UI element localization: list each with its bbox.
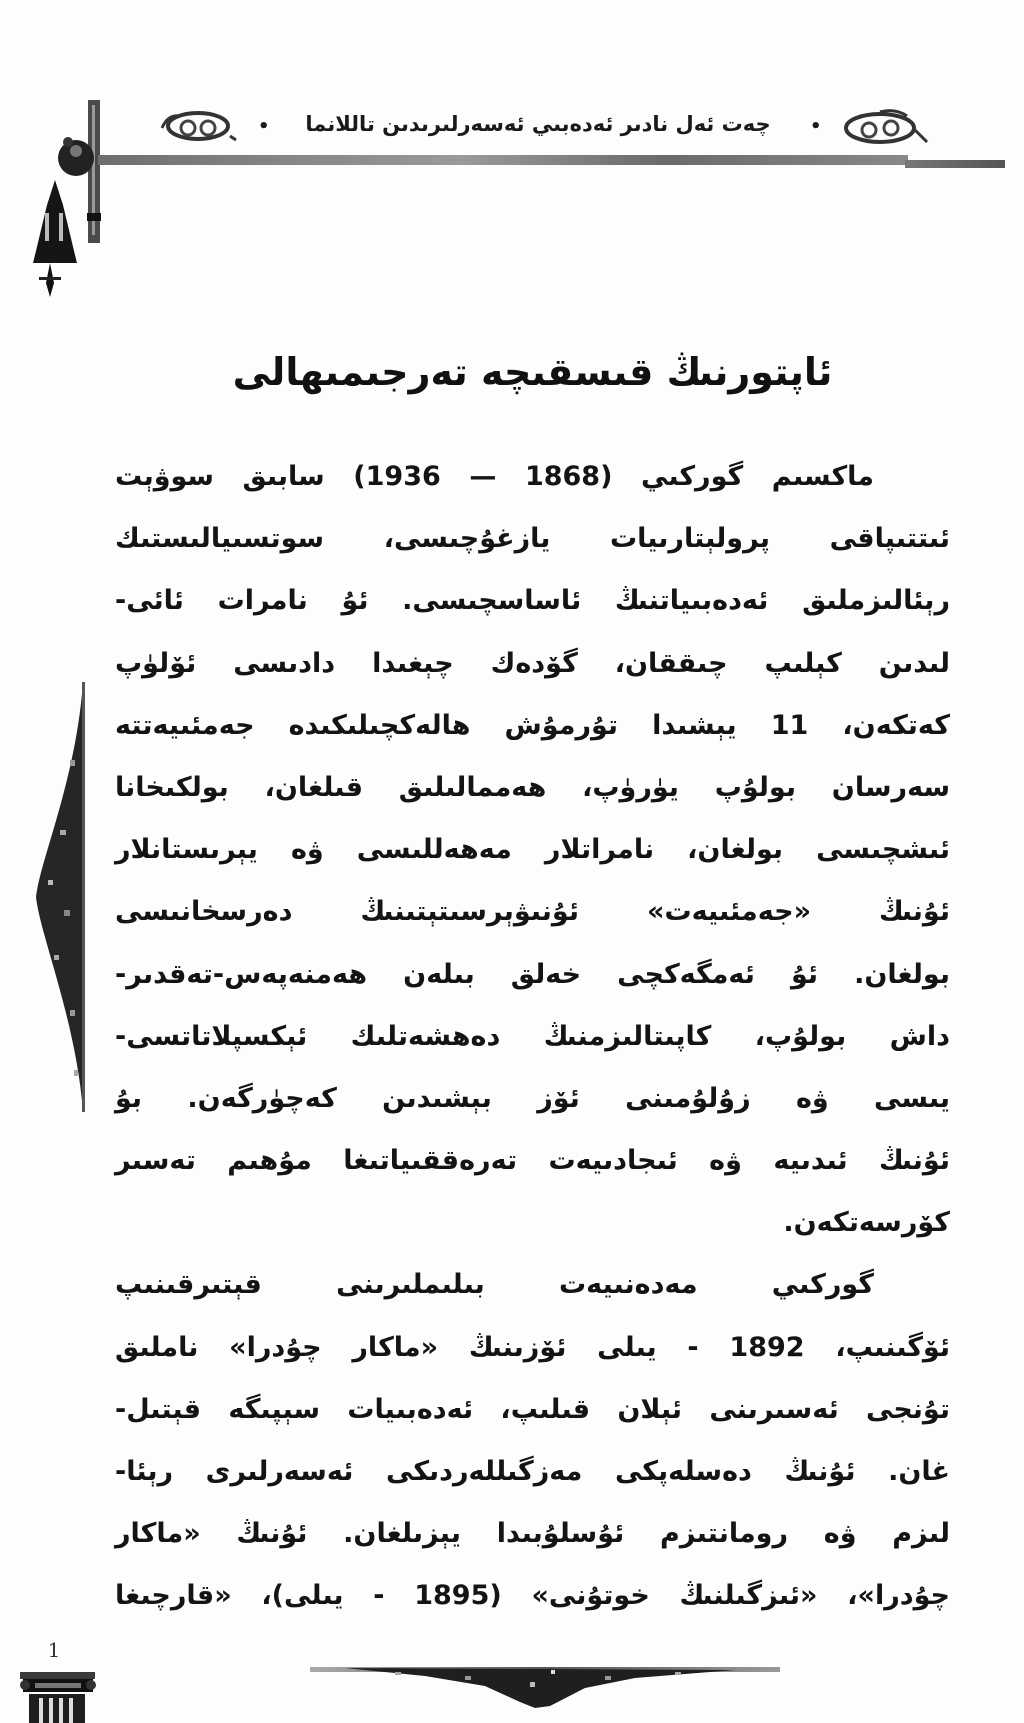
body-line: لىدىن كېلىپ چىققان، گۆدەك چېغىدا دادىسى … — [115, 633, 950, 695]
body-line: كۆرسەتكەن. — [115, 1192, 950, 1254]
header-bullet-left: • — [258, 117, 270, 137]
page-number: 1 — [44, 1636, 64, 1664]
spindle-ornament-icon — [30, 680, 90, 1114]
article-title: ئاپتورنىڭ قىسقىچە تەرجىمىھالى — [115, 340, 950, 404]
tassel-ornament-icon — [25, 95, 105, 300]
body-line: غان. ئۇنىڭ دەسلەپكى مەزگىللەردىكى ئەسەرل… — [115, 1441, 950, 1503]
body-line: ئىشچىسى بولغان، نامراتلار مەھەللىسى ۋە ي… — [115, 819, 950, 881]
body-line: ئۇنىڭ ئىدىيە ۋە ئىجادىيەت تەرەققىياتىغا … — [115, 1130, 950, 1192]
header-rule — [98, 155, 908, 165]
body-line: بولغان. ئۇ ئەمگەكچى خەلق بىلەن ھەمنەپەس-… — [115, 944, 950, 1006]
body-line: ماكسىم گوركىي (1868 — 1936) سابىق سوۋېت — [115, 446, 950, 508]
body-line: تۇنجى ئەسىرىنى ئېلان قىلىپ، ئەدەبىيات سې… — [115, 1379, 950, 1441]
filigree-ornament-icon — [835, 106, 933, 148]
column-capital-icon — [15, 1668, 100, 1723]
body-line: سەرسان بولۇپ يۈرۈپ، ھەممالىلىق قىلغان، ب… — [115, 757, 950, 819]
body-line: ئۆگىنىپ، 1892 - يىلى ئۆزىنىڭ «ماكار چۇدر… — [115, 1317, 950, 1379]
header-bullet-right: • — [810, 117, 822, 137]
body-line: كەتكەن، 11 يېشىدا تۇرمۇش ھالەكچىلىكىدە ج… — [115, 695, 950, 757]
body-line: چۇدرا»، «ئىزگىلنىڭ خوتۇنى» (1895 - يىلى)… — [115, 1565, 950, 1627]
body-line: داش بولۇپ، كاپىتالىزمنىڭ دەھشەتلىك ئېكسپ… — [115, 1006, 950, 1068]
body-line: گوركىي مەدەنىيەت بىلىملىرىنى قېتىرقىنىپ — [115, 1254, 950, 1316]
body-line: ئۇنىڭ «جەمئىيەت» ئۇنىۋېرسىتېتىنىڭ دەرسخا… — [115, 881, 950, 943]
filigree-ornament-icon — [158, 106, 238, 146]
running-header-title: چەت ئەل نادىر ئەدەبىي ئەسەرلىرىدىن تاللا… — [282, 106, 794, 142]
article-body: ماكسىم گوركىي (1868 — 1936) سابىق سوۋېت … — [115, 446, 950, 1628]
body-line: لىزم ۋە رومانتىزم ئۇسلۇبىدا يېزىلغان. ئۇ… — [115, 1503, 950, 1565]
fleuron-divider-icon — [305, 1662, 785, 1712]
body-line: يىسى ۋە زۇلۇمىنى ئۆز بېشىدىن كەچۈرگەن. ب… — [115, 1068, 950, 1130]
body-line: رېئالىزملىق ئەدەبىياتنىڭ ئاساسچىسى. ئۇ ن… — [115, 570, 950, 632]
header-rule-end — [905, 160, 1005, 168]
body-line: ئىتتىپاقى پرولېتارىيات يازغۇچىسى، سوتسىي… — [115, 508, 950, 570]
